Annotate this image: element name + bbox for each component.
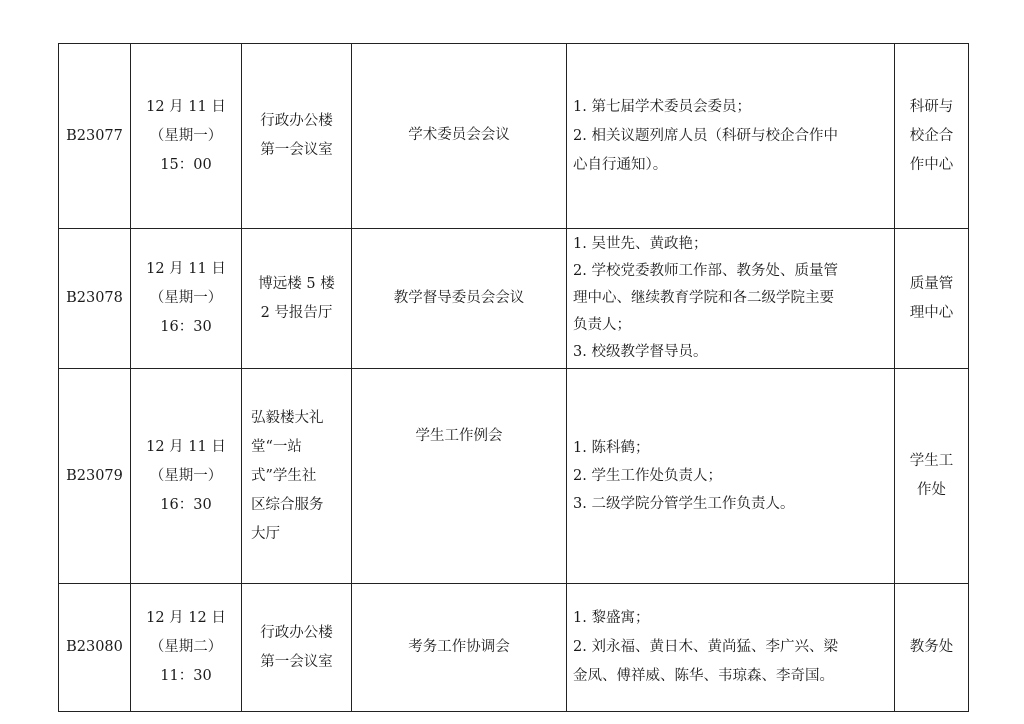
place-line: 行政办公楼 xyxy=(246,107,347,136)
department-cell: 学生工 作处 xyxy=(895,369,969,584)
meeting-weekday: （星期二） xyxy=(131,633,241,662)
attendee-line: 负责人； xyxy=(573,312,888,339)
attendee-line: 3. 校级教学督导员。 xyxy=(573,339,888,366)
datetime-cell: 12 月 11 日 （星期一） 16：30 xyxy=(131,229,242,369)
place-line: 弘毅楼大礼 xyxy=(251,404,343,433)
meeting-weekday: （星期一） xyxy=(131,122,241,151)
attendee-line: 3. 二级学院分管学生工作负责人。 xyxy=(573,490,888,518)
meeting-topic: 学术委员会会议 xyxy=(408,127,510,143)
attendee-line: 金凤、傅祥威、陈华、韦琼森、李奇国。 xyxy=(573,662,888,691)
attendee-line: 2. 学校党委教师工作部、教务处、质量管 xyxy=(573,258,888,285)
meeting-weekday: （星期一） xyxy=(131,284,241,313)
place-line: 堂“一站 xyxy=(251,433,343,462)
place-cell: 博远楼 5 楼 2 号报告厅 xyxy=(242,229,352,369)
meeting-topic: 教学督导委员会会议 xyxy=(394,290,525,306)
topic-cell: 教学督导委员会会议 xyxy=(352,229,567,369)
attendees-cell: 1. 陈科鹤； 2. 学生工作处负责人； 3. 二级学院分管学生工作负责人。 xyxy=(567,369,895,584)
department-cell: 科研与 校企合 作中心 xyxy=(895,44,969,229)
department-line: 作处 xyxy=(899,476,964,505)
meeting-id-cell: B23078 xyxy=(59,229,131,369)
meeting-time: 15：00 xyxy=(131,151,241,180)
table-row: B23079 12 月 11 日 （星期一） 16：30 弘毅楼大礼 堂“一站 … xyxy=(59,369,969,584)
attendee-line: 2. 刘永福、黄日木、黄尚猛、李广兴、梁 xyxy=(573,633,888,662)
department-line: 理中心 xyxy=(899,299,964,328)
attendees-cell: 1. 吴世先、黄政艳； 2. 学校党委教师工作部、教务处、质量管 理中心、继续教… xyxy=(567,229,895,369)
table-row: B23078 12 月 11 日 （星期一） 16：30 博远楼 5 楼 2 号… xyxy=(59,229,969,369)
meeting-date: 12 月 11 日 xyxy=(131,433,241,462)
meeting-date: 12 月 11 日 xyxy=(131,255,241,284)
attendee-line: 1. 陈科鹤； xyxy=(573,434,888,462)
place-line: 区综合服务 xyxy=(251,491,343,520)
table-row: B23080 12 月 12 日 （星期二） 11：30 行政办公楼 第一会议室… xyxy=(59,584,969,712)
place-line: 大厅 xyxy=(251,520,343,549)
datetime-cell: 12 月 12 日 （星期二） 11：30 xyxy=(131,584,242,712)
meeting-topic: 学生工作例会 xyxy=(416,428,503,444)
topic-cell: 学生工作例会 xyxy=(352,369,567,584)
place-line: 式”学生社 xyxy=(251,462,343,491)
meeting-schedule-table: B23077 12 月 11 日 （星期一） 15：00 行政办公楼 第一会议室… xyxy=(58,43,969,712)
department-line: 作中心 xyxy=(899,151,964,180)
department-cell: 教务处 xyxy=(895,584,969,712)
meeting-id-cell: B23079 xyxy=(59,369,131,584)
datetime-cell: 12 月 11 日 （星期一） 16：30 xyxy=(131,369,242,584)
meeting-id-cell: B23077 xyxy=(59,44,131,229)
attendee-line: 1. 黎盛寓； xyxy=(573,604,888,633)
attendee-line: 心自行通知）。 xyxy=(573,151,888,180)
place-line: 2 号报告厅 xyxy=(246,299,347,328)
topic-cell: 考务工作协调会 xyxy=(352,584,567,712)
attendee-line: 理中心、继续教育学院和各二级学院主要 xyxy=(573,285,888,312)
department-cell: 质量管 理中心 xyxy=(895,229,969,369)
department-line: 校企合 xyxy=(899,122,964,151)
meeting-weekday: （星期一） xyxy=(131,462,241,491)
meeting-date: 12 月 11 日 xyxy=(131,93,241,122)
meeting-topic: 考务工作协调会 xyxy=(408,639,510,655)
meeting-id-cell: B23080 xyxy=(59,584,131,712)
place-line: 博远楼 5 楼 xyxy=(246,270,347,299)
department-line: 科研与 xyxy=(899,93,964,122)
attendee-line: 1. 吴世先、黄政艳； xyxy=(573,231,888,258)
place-line: 行政办公楼 xyxy=(246,619,347,648)
meeting-time: 16：30 xyxy=(131,491,241,520)
place-line: 第一会议室 xyxy=(246,136,347,165)
department-line: 质量管 xyxy=(899,270,964,299)
department-line: 教务处 xyxy=(899,636,964,659)
place-cell: 弘毅楼大礼 堂“一站 式”学生社 区综合服务 大厅 xyxy=(242,369,352,584)
place-line: 第一会议室 xyxy=(246,648,347,677)
attendee-line: 1. 第七届学术委员会委员； xyxy=(573,93,888,122)
place-cell: 行政办公楼 第一会议室 xyxy=(242,44,352,229)
department-line: 学生工 xyxy=(899,447,964,476)
attendees-cell: 1. 第七届学术委员会委员； 2. 相关议题列席人员（科研与校企合作中 心自行通… xyxy=(567,44,895,229)
table-row: B23077 12 月 11 日 （星期一） 15：00 行政办公楼 第一会议室… xyxy=(59,44,969,229)
meeting-time: 11：30 xyxy=(131,662,241,691)
meeting-date: 12 月 12 日 xyxy=(131,604,241,633)
attendee-line: 2. 相关议题列席人员（科研与校企合作中 xyxy=(573,122,888,151)
meeting-time: 16：30 xyxy=(131,313,241,342)
topic-cell: 学术委员会会议 xyxy=(352,44,567,229)
place-cell: 行政办公楼 第一会议室 xyxy=(242,584,352,712)
attendee-line: 2. 学生工作处负责人； xyxy=(573,462,888,490)
attendees-cell: 1. 黎盛寓； 2. 刘永福、黄日木、黄尚猛、李广兴、梁 金凤、傅祥威、陈华、韦… xyxy=(567,584,895,712)
datetime-cell: 12 月 11 日 （星期一） 15：00 xyxy=(131,44,242,229)
